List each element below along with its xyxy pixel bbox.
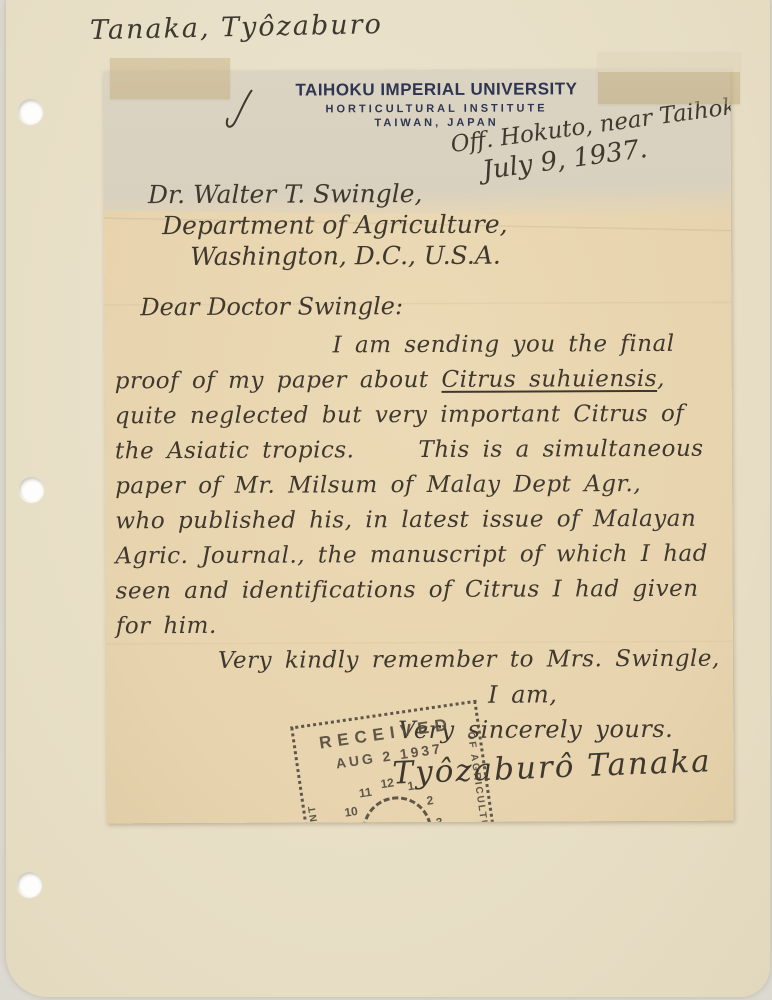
letterhead-university-name: TAIHOKU IMPERIAL UNIVERSITY	[281, 79, 591, 100]
punch-hole-bottom	[17, 872, 42, 897]
letterhead-institute-name: HORTICULTURAL INSTITUTE	[282, 102, 592, 115]
body-line-text: ,	[657, 366, 665, 392]
species-name-underlined: Citrus suhuiensis	[441, 366, 657, 393]
stamp-clock-number: 12	[380, 775, 395, 791]
body-line: seen and identifications of Citrus I had…	[116, 572, 728, 610]
closing-i-am: I am,	[488, 677, 728, 713]
body-line: Agric. Journal., the manuscript of which…	[115, 537, 727, 575]
recipient-name: Dr. Walter T. Swingle,	[148, 178, 508, 211]
body-line: I am sending you the final	[114, 327, 726, 365]
body-line: for him.	[116, 607, 728, 645]
letter-body: I am sending you the final proof of my p…	[114, 327, 728, 750]
body-line: quite neglected but very important Citru…	[115, 397, 727, 435]
recipient-city: Washington, D.C., U.S.A.	[190, 240, 508, 272]
stamp-clock-number: 2	[426, 793, 435, 808]
salutation: Dear Doctor Swingle:	[140, 292, 403, 321]
recipient-department: Department of Agriculture,	[162, 209, 508, 242]
letter-paper: TAIHOKU IMPERIAL UNIVERSITY HORTICULTURA…	[103, 69, 733, 824]
tape-top-right	[598, 52, 740, 104]
stamp-clock-number: 10	[343, 804, 358, 820]
recipient-address: Dr. Walter T. Swingle, Department of Agr…	[148, 178, 508, 273]
punch-hole-top	[18, 99, 43, 124]
body-line: who published his, in latest issue of Ma…	[115, 502, 727, 540]
punch-hole-middle	[19, 477, 44, 502]
body-line: paper of Mr. Milsum of Malay Dept Agr.,	[115, 467, 727, 505]
stamp-clock-dial: 121234567891011	[332, 767, 457, 824]
catalog-annotation: Tanaka, Tyôzaburo	[90, 9, 391, 46]
closing-regards: Very kindly remember to Mrs. Swingle,	[218, 642, 728, 679]
album-page: Tanaka, Tyôzaburo TAIHOKU IMPERIAL UNIVE…	[6, 0, 770, 997]
tape-top-left	[110, 58, 230, 99]
stamp-clock-number: 1	[407, 779, 416, 794]
body-line: proof of my paper about Citrus suhuiensi…	[115, 362, 727, 400]
stamp-clock-number: 3	[435, 815, 444, 824]
stamp-clock-number: 11	[358, 785, 373, 801]
body-line-text: proof of my paper about	[115, 367, 442, 394]
body-line: the Asiatic tropics. This is a simultane…	[115, 432, 727, 470]
